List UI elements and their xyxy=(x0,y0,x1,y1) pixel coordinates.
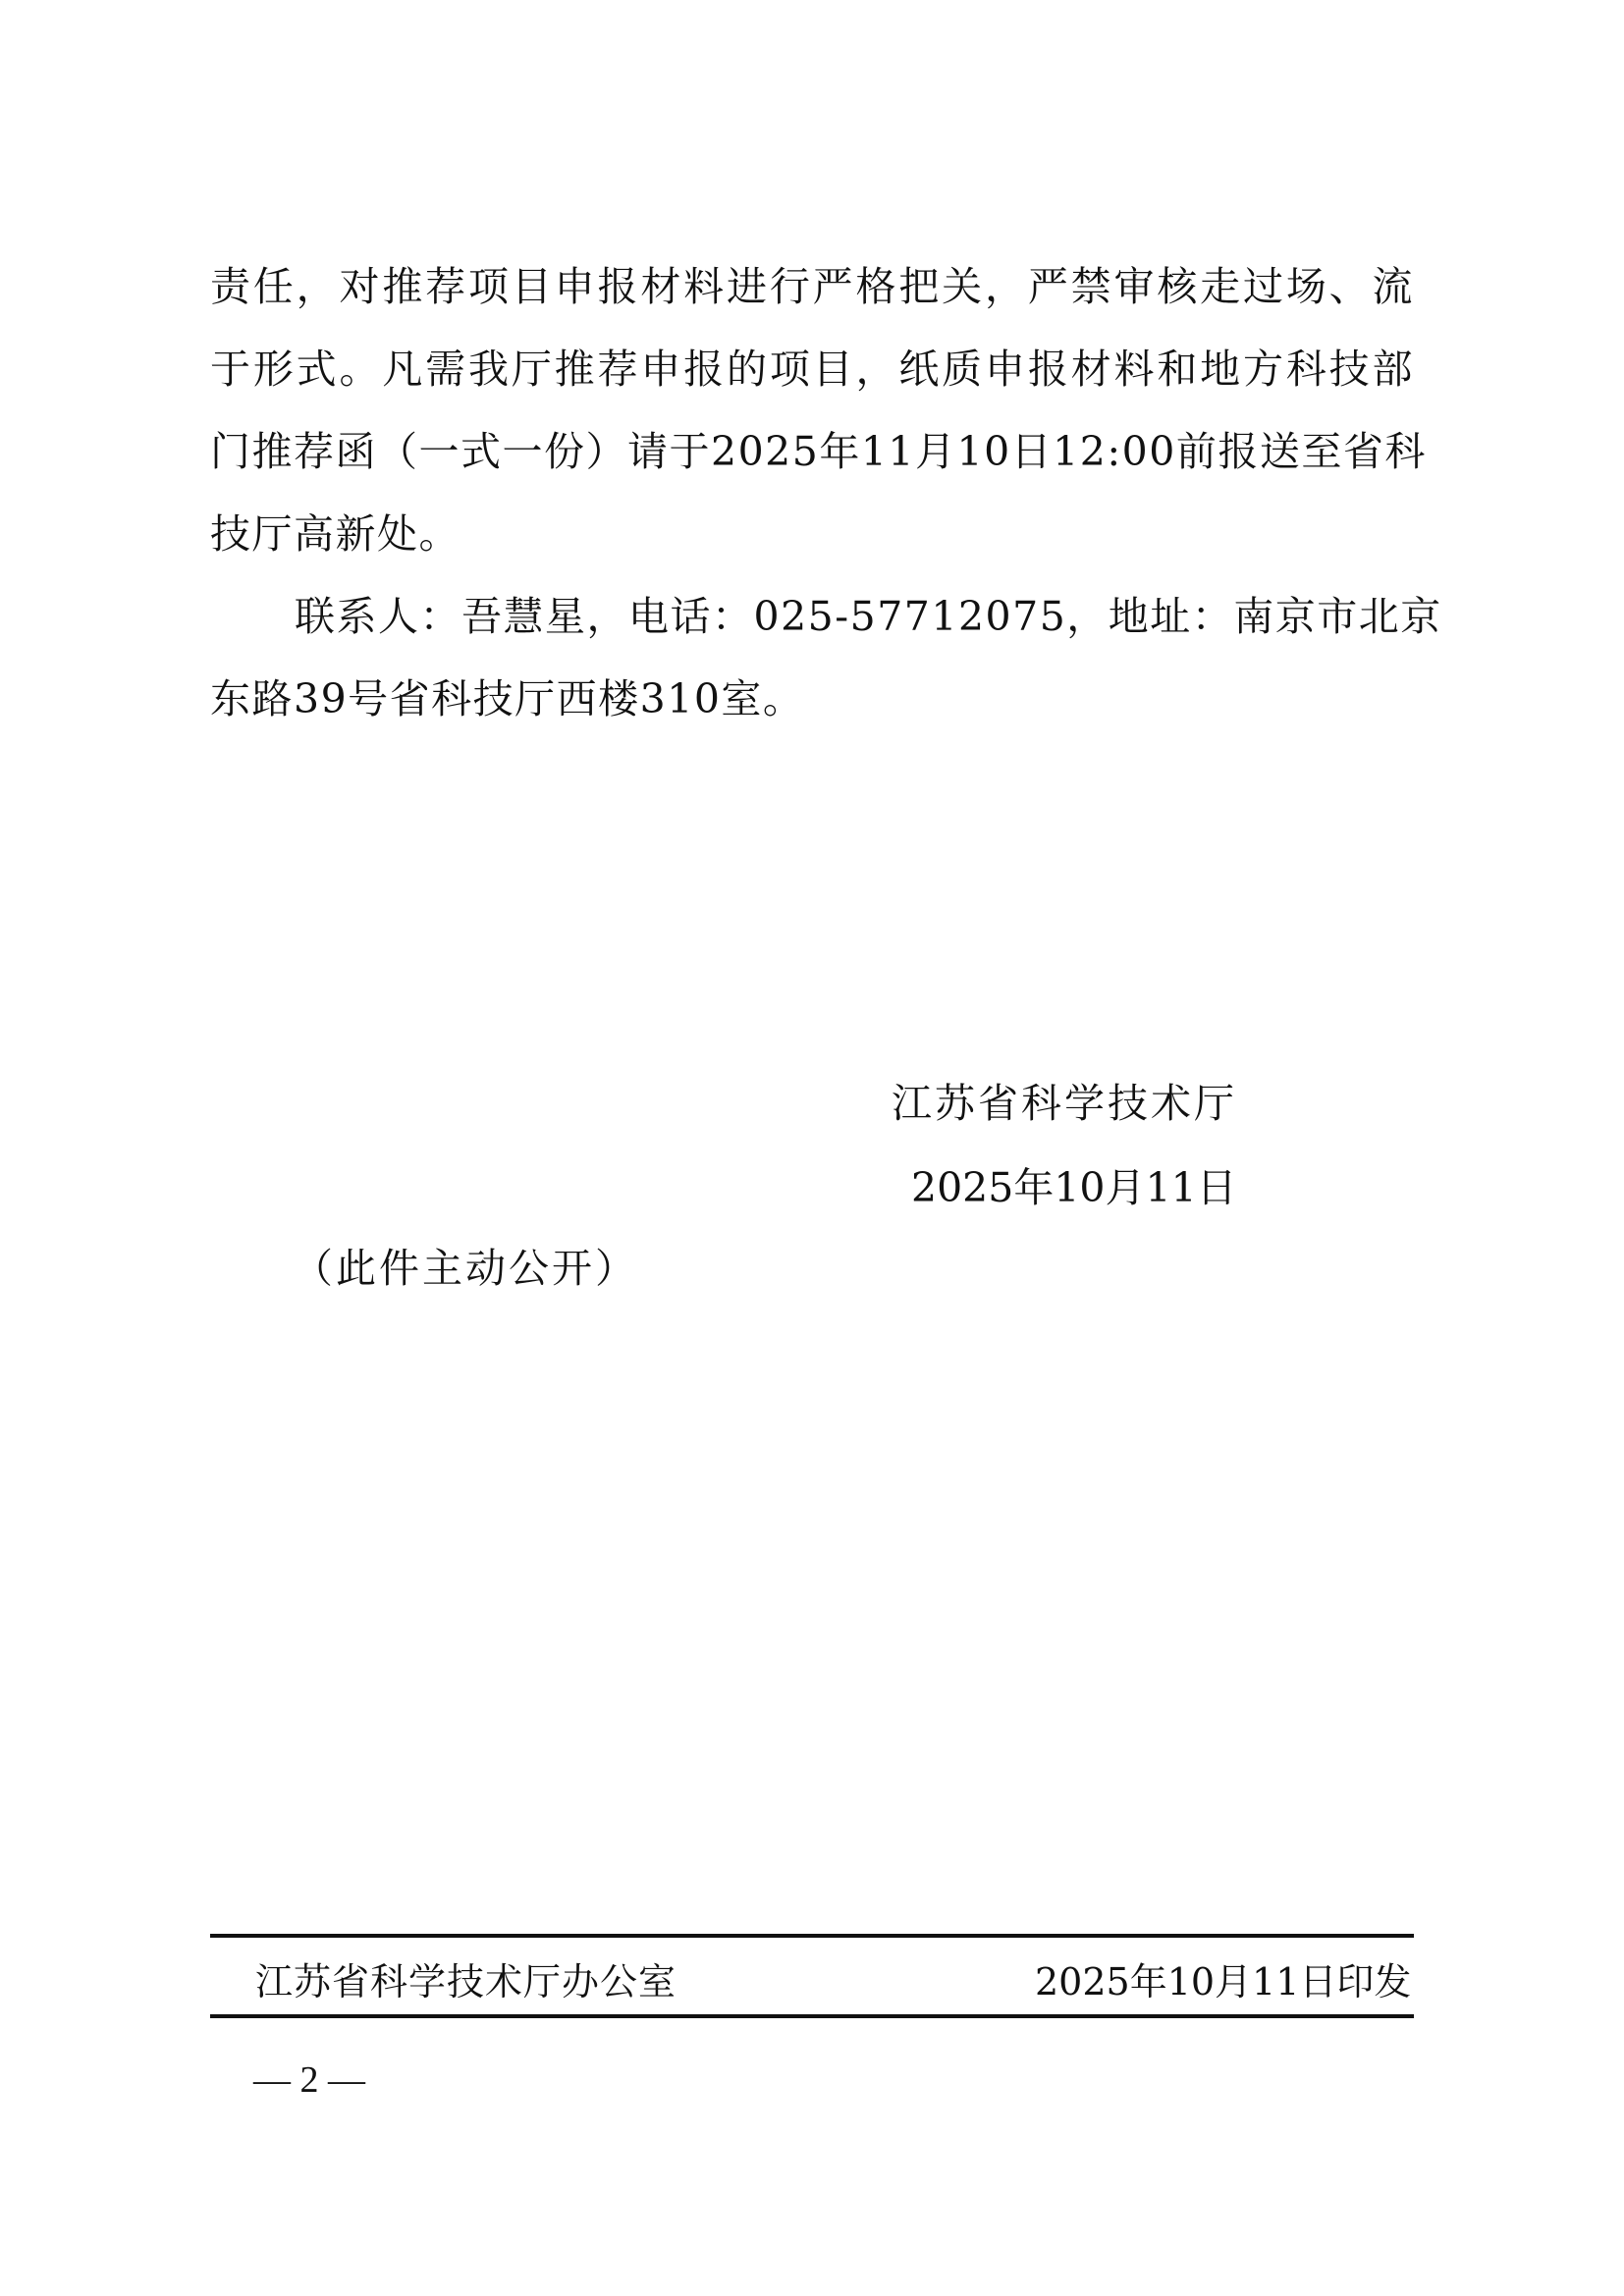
body-line-3: 门推荐函（一式一份）请于2025年11月10日12:00前报送至省科 xyxy=(210,432,1414,472)
contact-line-1: 联系人：吾慧星，电话：025-57712075，地址：南京市北京 xyxy=(295,597,1414,637)
signature-date: 2025年10月11日 xyxy=(911,1168,1237,1208)
disclosure-note: （此件主动公开） xyxy=(293,1249,638,1289)
footer-issue-date: 2025年10月11日印发 xyxy=(1035,1963,1411,2001)
page-number: — 2 — xyxy=(253,2061,365,2099)
footer-office: 江苏省科学技术厅办公室 xyxy=(255,1963,677,2001)
footer-top-rule xyxy=(210,1934,1414,1938)
document-page: 责任，对推荐项目申报材料进行严格把关，严禁审核走过场、流 于形式。凡需我厅推荐申… xyxy=(0,0,1624,2296)
issuer-signature: 江苏省科学技术厅 xyxy=(892,1084,1237,1124)
body-line-4: 技厅高新处。 xyxy=(210,514,1414,555)
body-line-1: 责任，对推荐项目申报材料进行严格把关，严禁审核走过场、流 xyxy=(210,267,1414,307)
footer-bottom-rule xyxy=(210,2014,1414,2018)
contact-line-2: 东路39号省科技厅西楼310室。 xyxy=(210,679,1414,720)
body-line-2: 于形式。凡需我厅推荐申报的项目，纸质申报材料和地方科技部 xyxy=(210,349,1414,390)
